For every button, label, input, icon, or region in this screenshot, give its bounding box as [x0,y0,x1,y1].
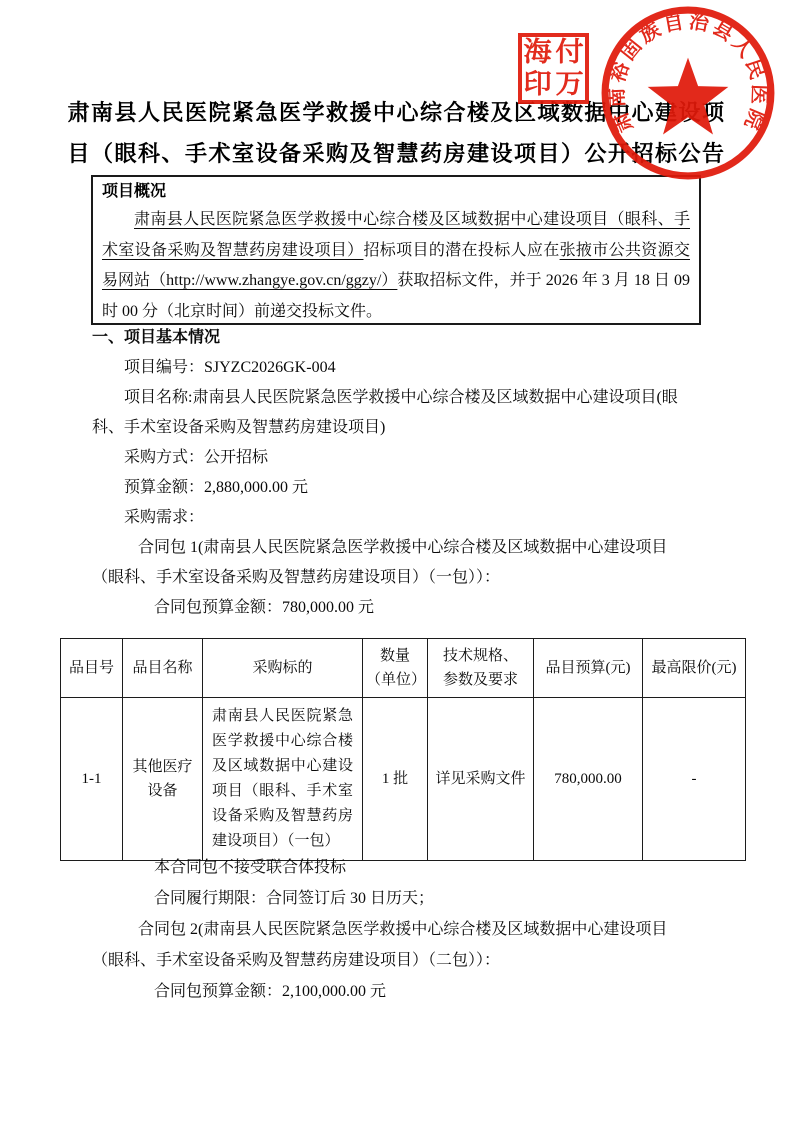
stamp-char-3: 印 [524,71,552,98]
overview-paragraph: 肃南县人民医院紧急医学救援中心综合楼及区域数据中心建设项目（眼科、手术室设备采购… [102,205,690,327]
header-item-name: 品目名称 [123,639,203,698]
personal-name-stamp: 海 付 印 万 [518,33,589,104]
package2-line-2: （眼科、手术室设备采购及智慧药房建设项目）（二包））： [92,945,742,976]
header-subject: 采购标的 [203,639,363,698]
stamp-char-4: 万 [555,71,583,98]
table-row: 1-1 其他医疗设备 肃南县人民医院紧急医学救援中心综合楼及区域数据中心建设项目… [61,698,746,861]
package2-line-1: 合同包 2(肃南县人民医院紧急医学救援中心综合楼及区域数据中心建设项目 [92,914,742,945]
cell-item-budget: 780,000.00 [534,698,643,861]
header-quantity: 数量 （单位） [363,639,428,698]
project-number-line: 项目编号：SJYZC2026GK-004 [92,353,742,383]
section-heading: 一、项目基本情况 [92,323,742,353]
package2-budget-line: 合同包预算金额：2,100,000.00 元 [92,976,742,1007]
cell-item-no: 1-1 [61,698,123,861]
cell-quantity: 1 批 [363,698,428,861]
procurement-items-table: 品目号 品目名称 采购标的 数量 （单位） 技术规格、 参数及要求 品目预算(元… [60,638,746,861]
stamp-char-1: 海 [524,39,552,66]
overview-middle-text: 招标项目的潜在投标人应在 [363,242,559,259]
cell-subject: 肃南县人民医院紧急医学救援中心综合楼及区域数据中心建设项目（眼科、手术室设备采购… [203,698,363,861]
package1-budget-line: 合同包预算金额：780,000.00 元 [92,593,742,623]
contract-period-line: 合同履行期限：合同签订后 30 日历天； [92,883,742,914]
cell-max-price: - [643,698,746,861]
header-max-price: 最高限价(元) [643,639,746,698]
header-spec: 技术规格、 参数及要求 [428,639,534,698]
no-consortium-line: 本合同包不接受联合体投标 [92,852,742,883]
basic-info-section: 一、项目基本情况 项目编号：SJYZC2026GK-004 项目名称:肃南县人民… [92,323,742,623]
table-header-row: 品目号 品目名称 采购标的 数量 （单位） 技术规格、 参数及要求 品目预算(元… [61,639,746,698]
stamp-char-2: 付 [555,39,583,66]
project-overview-box: 项目概况 肃南县人民医院紧急医学救援中心综合楼及区域数据中心建设项目（眼科、手术… [91,175,701,325]
budget-line: 预算金额：2,880,000.00 元 [92,473,742,503]
document-title: 肃南县人民医院紧急医学救援中心综合楼及区域数据中心建设项 目（眼科、手术室设备采… [0,92,793,174]
demand-label-line: 采购需求： [92,503,742,533]
overview-heading: 项目概况 [102,179,690,205]
project-name-line-1: 项目名称:肃南县人民医院紧急医学救援中心综合楼及区域数据中心建设项目(眼 [92,383,742,413]
cell-spec: 详见采购文件 [428,698,534,861]
cell-item-name: 其他医疗设备 [123,698,203,861]
document-title-line-1: 肃南县人民医院紧急医学救援中心综合楼及区域数据中心建设项 [0,92,793,133]
package-details-section: 本合同包不接受联合体投标 合同履行期限：合同签订后 30 日历天； 合同包 2(… [92,852,742,1007]
package1-line-2: （眼科、手术室设备采购及智慧药房建设项目）（一包））： [92,563,742,593]
header-item-budget: 品目预算(元) [534,639,643,698]
header-item-no: 品目号 [61,639,123,698]
procurement-method-line: 采购方式：公开招标 [92,443,742,473]
document-page: 肃南县人民医院紧急医学救援中心综合楼及区域数据中心建设项 目（眼科、手术室设备采… [0,0,793,1122]
document-title-line-2: 目（眼科、手术室设备采购及智慧药房建设项目）公开招标公告 [0,133,793,174]
project-name-line-2: 科、手术室设备采购及智慧药房建设项目) [92,413,742,443]
package1-line-1: 合同包 1(肃南县人民医院紧急医学救援中心综合楼及区域数据中心建设项目 [92,533,742,563]
